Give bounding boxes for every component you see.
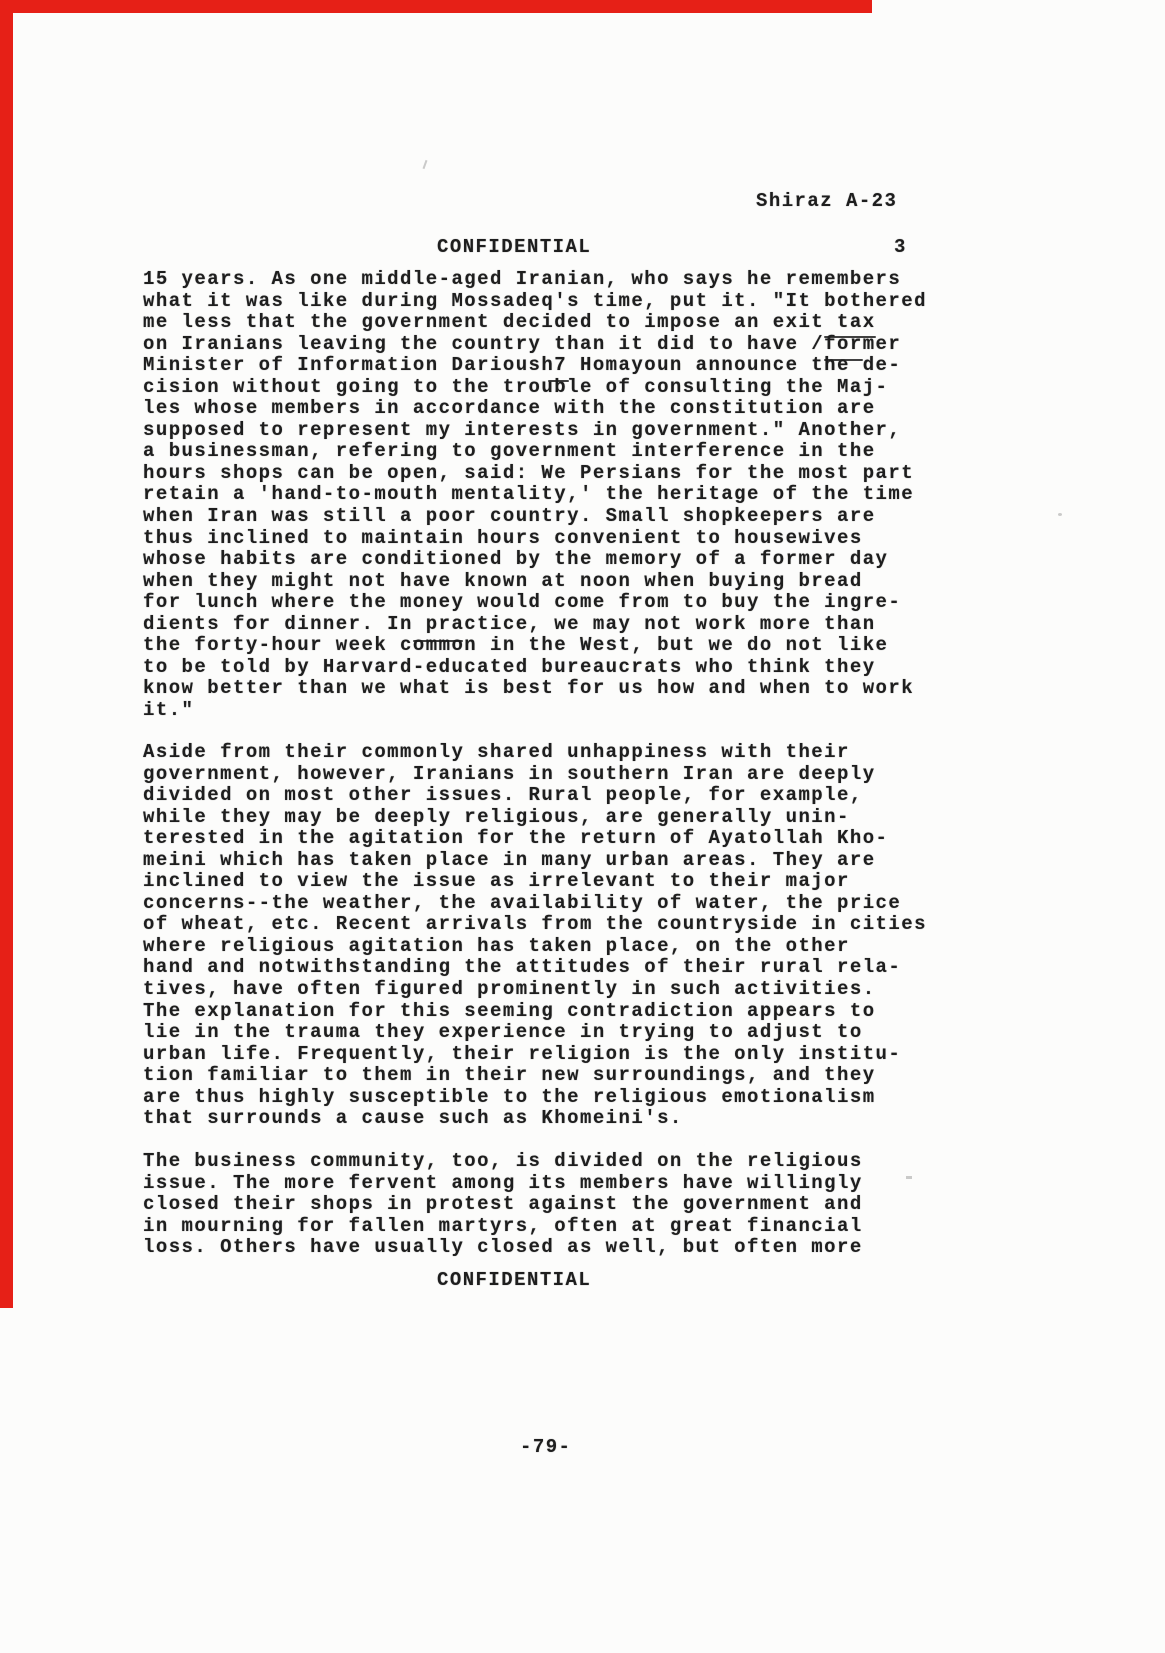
body-paragraph-3: The business community, too, is divided … [143,1151,863,1259]
typed-stray-stroke-common [413,640,463,642]
scanned-document-page: Shiraz A-23 CONFIDENTIAL 3 15 years. As … [0,0,1165,1653]
typed-bracket-underline-7 [548,380,569,382]
body-paragraph-1: 15 years. As one middle-aged Iranian, wh… [143,269,927,721]
typed-overline-the [824,359,863,361]
classification-header: CONFIDENTIAL [437,237,591,259]
typed-bracket-overline-former [824,336,876,338]
document-reference: Shiraz A-23 [756,191,897,213]
page-number-header: 3 [894,237,907,259]
page-number-footer: -79- [520,1437,571,1459]
classification-footer: CONFIDENTIAL [437,1270,591,1292]
red-edge-line-left [0,0,13,1308]
scan-speck [906,1176,912,1179]
scan-speck [423,160,428,169]
scan-speck [1058,513,1062,516]
red-edge-line-top [0,0,872,13]
body-paragraph-2: Aside from their commonly shared unhappi… [143,742,927,1130]
